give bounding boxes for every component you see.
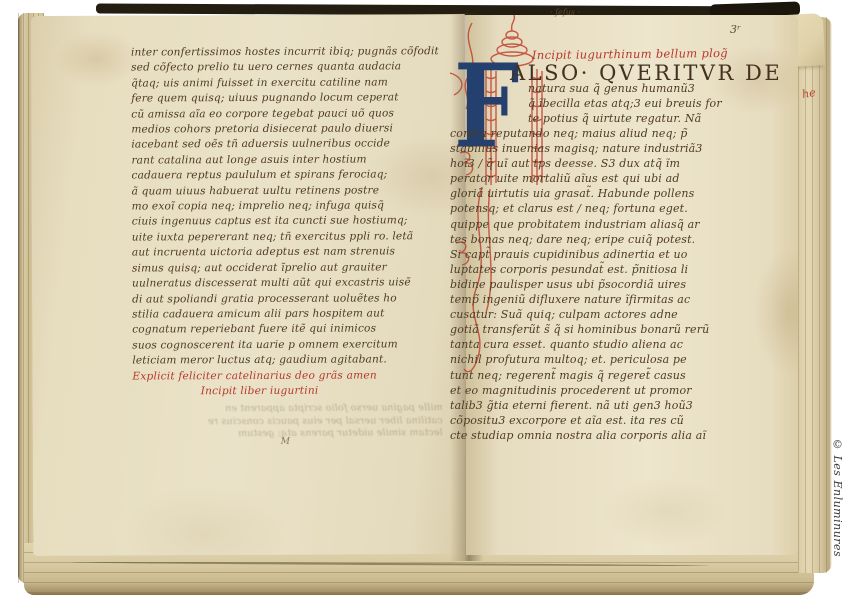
manuscript-line: et eo magnitudinis procederent ut promor bbox=[450, 383, 794, 398]
manuscript-line: q̃taq; uis animi fuisset in exercitu cat… bbox=[131, 75, 441, 92]
manuscript-line: nichil profutura multoq; et. periculosa … bbox=[450, 352, 794, 367]
manuscript-line: cõpositu3 excorpore et aĩa est. ita res … bbox=[450, 413, 794, 428]
bleedthrough-line: mille pagina uerso folio scripta apparen… bbox=[133, 403, 443, 417]
manuscript-line: cadauera reptus paululum et spirans fero… bbox=[131, 167, 441, 184]
manuscript-line: mo exoĩ copia neq; imprelio neq; infuga … bbox=[132, 198, 442, 215]
manuscript-line: luptates corporis pesundat̃ est. p̃nitio… bbox=[450, 262, 794, 277]
manuscript-line: leticiam meror luctus atq; gaudium agita… bbox=[132, 352, 442, 369]
right-page: · ſeſus · 3ʳ bbox=[466, 15, 798, 555]
manuscript-line: gotiã transferũt s̃ q̃ si hominibus bona… bbox=[450, 322, 794, 337]
incipit-rubric-right: Incipit iugurthinum bellum plog̃ bbox=[532, 46, 728, 62]
manuscript-line: rant catalina aut longe asuis inter host… bbox=[131, 152, 441, 169]
manuscript-line: cte studiap omnia nostra alia corporis a… bbox=[450, 428, 794, 443]
manuscript-line: bidine paulisper usus ubi p̃socordiã uir… bbox=[450, 277, 794, 292]
manuscript-line: natura sua q̃ genus humanũ3 bbox=[528, 81, 794, 96]
right-text-block: contra reputando neq; maius aliud neq; p… bbox=[450, 126, 794, 443]
manuscript-line: te potius q̃ uirtute regatur. Nã bbox=[528, 111, 794, 126]
manuscript-line: aut incruenta uictoria adeptus est nam s… bbox=[132, 244, 442, 261]
manuscript-line: hoĩ3 / q̃ uĩ aut tps deesse. S3 dux atq̃… bbox=[450, 156, 794, 171]
top-invocation: · ſeſus · bbox=[550, 8, 580, 17]
manuscript-line: medios cohors pretoria disiecerat paulo … bbox=[131, 121, 441, 138]
manuscript-line: contra reputando neq; maius aliud neq; p… bbox=[450, 126, 794, 141]
manuscript-line: temp̃ ingeniũ difluxere nature ĩfirmitas… bbox=[450, 292, 794, 307]
manuscript-line: fere quem quisq; uiuus pugnando locum ce… bbox=[131, 90, 441, 107]
fore-edge-red-mark: he bbox=[801, 86, 817, 101]
manuscript-line: cusatur: Suã quiq; culpam actores adne bbox=[450, 307, 794, 322]
manuscript-line: tanta cura esset. quanto studio aliena a… bbox=[450, 337, 794, 352]
manuscript-line: iacebant sed oẽs tñ aduersis uulneribus … bbox=[131, 137, 441, 154]
manuscript-line: quippe que probitatem industriam aliasq̃… bbox=[450, 217, 794, 232]
manuscript-line: Si capt̃ prauis cupidinibus adinertia et… bbox=[450, 247, 794, 262]
open-book: 32 he inter confertissimos hostes incurr… bbox=[10, 3, 822, 595]
manuscript-line: inter confertissimos hostes incurrit ibi… bbox=[131, 44, 441, 61]
manuscript-line: uulneratus discesserat multi aũt qui exc… bbox=[132, 275, 442, 292]
left-page: inter confertissimos hostes incurrit ibi… bbox=[31, 14, 467, 556]
manuscript-line: cũ amissa aĩa eo corpore tegebat pauci u… bbox=[131, 106, 441, 123]
manuscript-line: di aut spoliandi gratia processerant uol… bbox=[132, 291, 442, 308]
manuscript-line: simus quisq; aut occiderat ĩprelio aut g… bbox=[132, 260, 442, 277]
folio-number: 3ʳ bbox=[730, 23, 741, 36]
manuscript-line: ciuis ingenuus captus est ita cuncti sue… bbox=[132, 214, 442, 231]
manuscript-line: uite iuxta pepererant neq; tñ exercitus … bbox=[132, 229, 442, 246]
manuscript-line: potensq; et clarus est / neq; fortuna eg… bbox=[450, 201, 794, 216]
manuscript-line: talib3 g̃tia eterni fierent. nã uti gen3… bbox=[450, 398, 794, 413]
quire-mark: M bbox=[281, 437, 290, 447]
manuscript-line: tunt neq; regerent̃ magis q̃ regeret̃ ca… bbox=[450, 368, 794, 383]
manuscript-line: perator uite mortaliũ aĩus est qui ubi a… bbox=[450, 171, 794, 186]
manuscript-line: sed cõfecto prelio tu uero cernes quanta… bbox=[131, 60, 441, 77]
manuscript-photo: 32 he inter confertissimos hostes incurr… bbox=[0, 0, 848, 600]
left-text-block: inter confertissimos hostes incurrit ibi… bbox=[131, 44, 443, 441]
manuscript-line: q̃ ĩbecilla etas atq;3 eui breuis for bbox=[528, 96, 794, 111]
explicit-rubric: Explicit feliciter catelinarius deo grãs… bbox=[132, 368, 442, 385]
manuscript-line: gloriã uirtutis uia grasat̃. Habunde pol… bbox=[450, 186, 794, 201]
manuscript-line: cognatum reperiebant fuere itẽ qui inimi… bbox=[132, 321, 442, 338]
manuscript-line: stabilius inuenias magisq; nature indust… bbox=[450, 141, 794, 156]
bleedthrough-text: mille pagina uerso folio scripta apparen… bbox=[133, 403, 443, 442]
manuscript-line: ã quam uiuus habuerat uultu retinens pos… bbox=[132, 183, 442, 200]
manuscript-line: stilia cadauera amicum alii pars hospite… bbox=[132, 306, 442, 323]
photo-credit: © Les Enluminures bbox=[824, 438, 844, 598]
incipit-rubric: Incipit liber iugurtini bbox=[132, 383, 386, 400]
right-indented-text: natura sua q̃ genus humanũ3 q̃ ĩbecilla … bbox=[528, 81, 794, 126]
manuscript-line: tes bonas neq; dare neq; eripe cuiq̃ pot… bbox=[450, 232, 794, 247]
manuscript-line: suos cognoscerent ita uarie p omnem exer… bbox=[132, 337, 442, 354]
